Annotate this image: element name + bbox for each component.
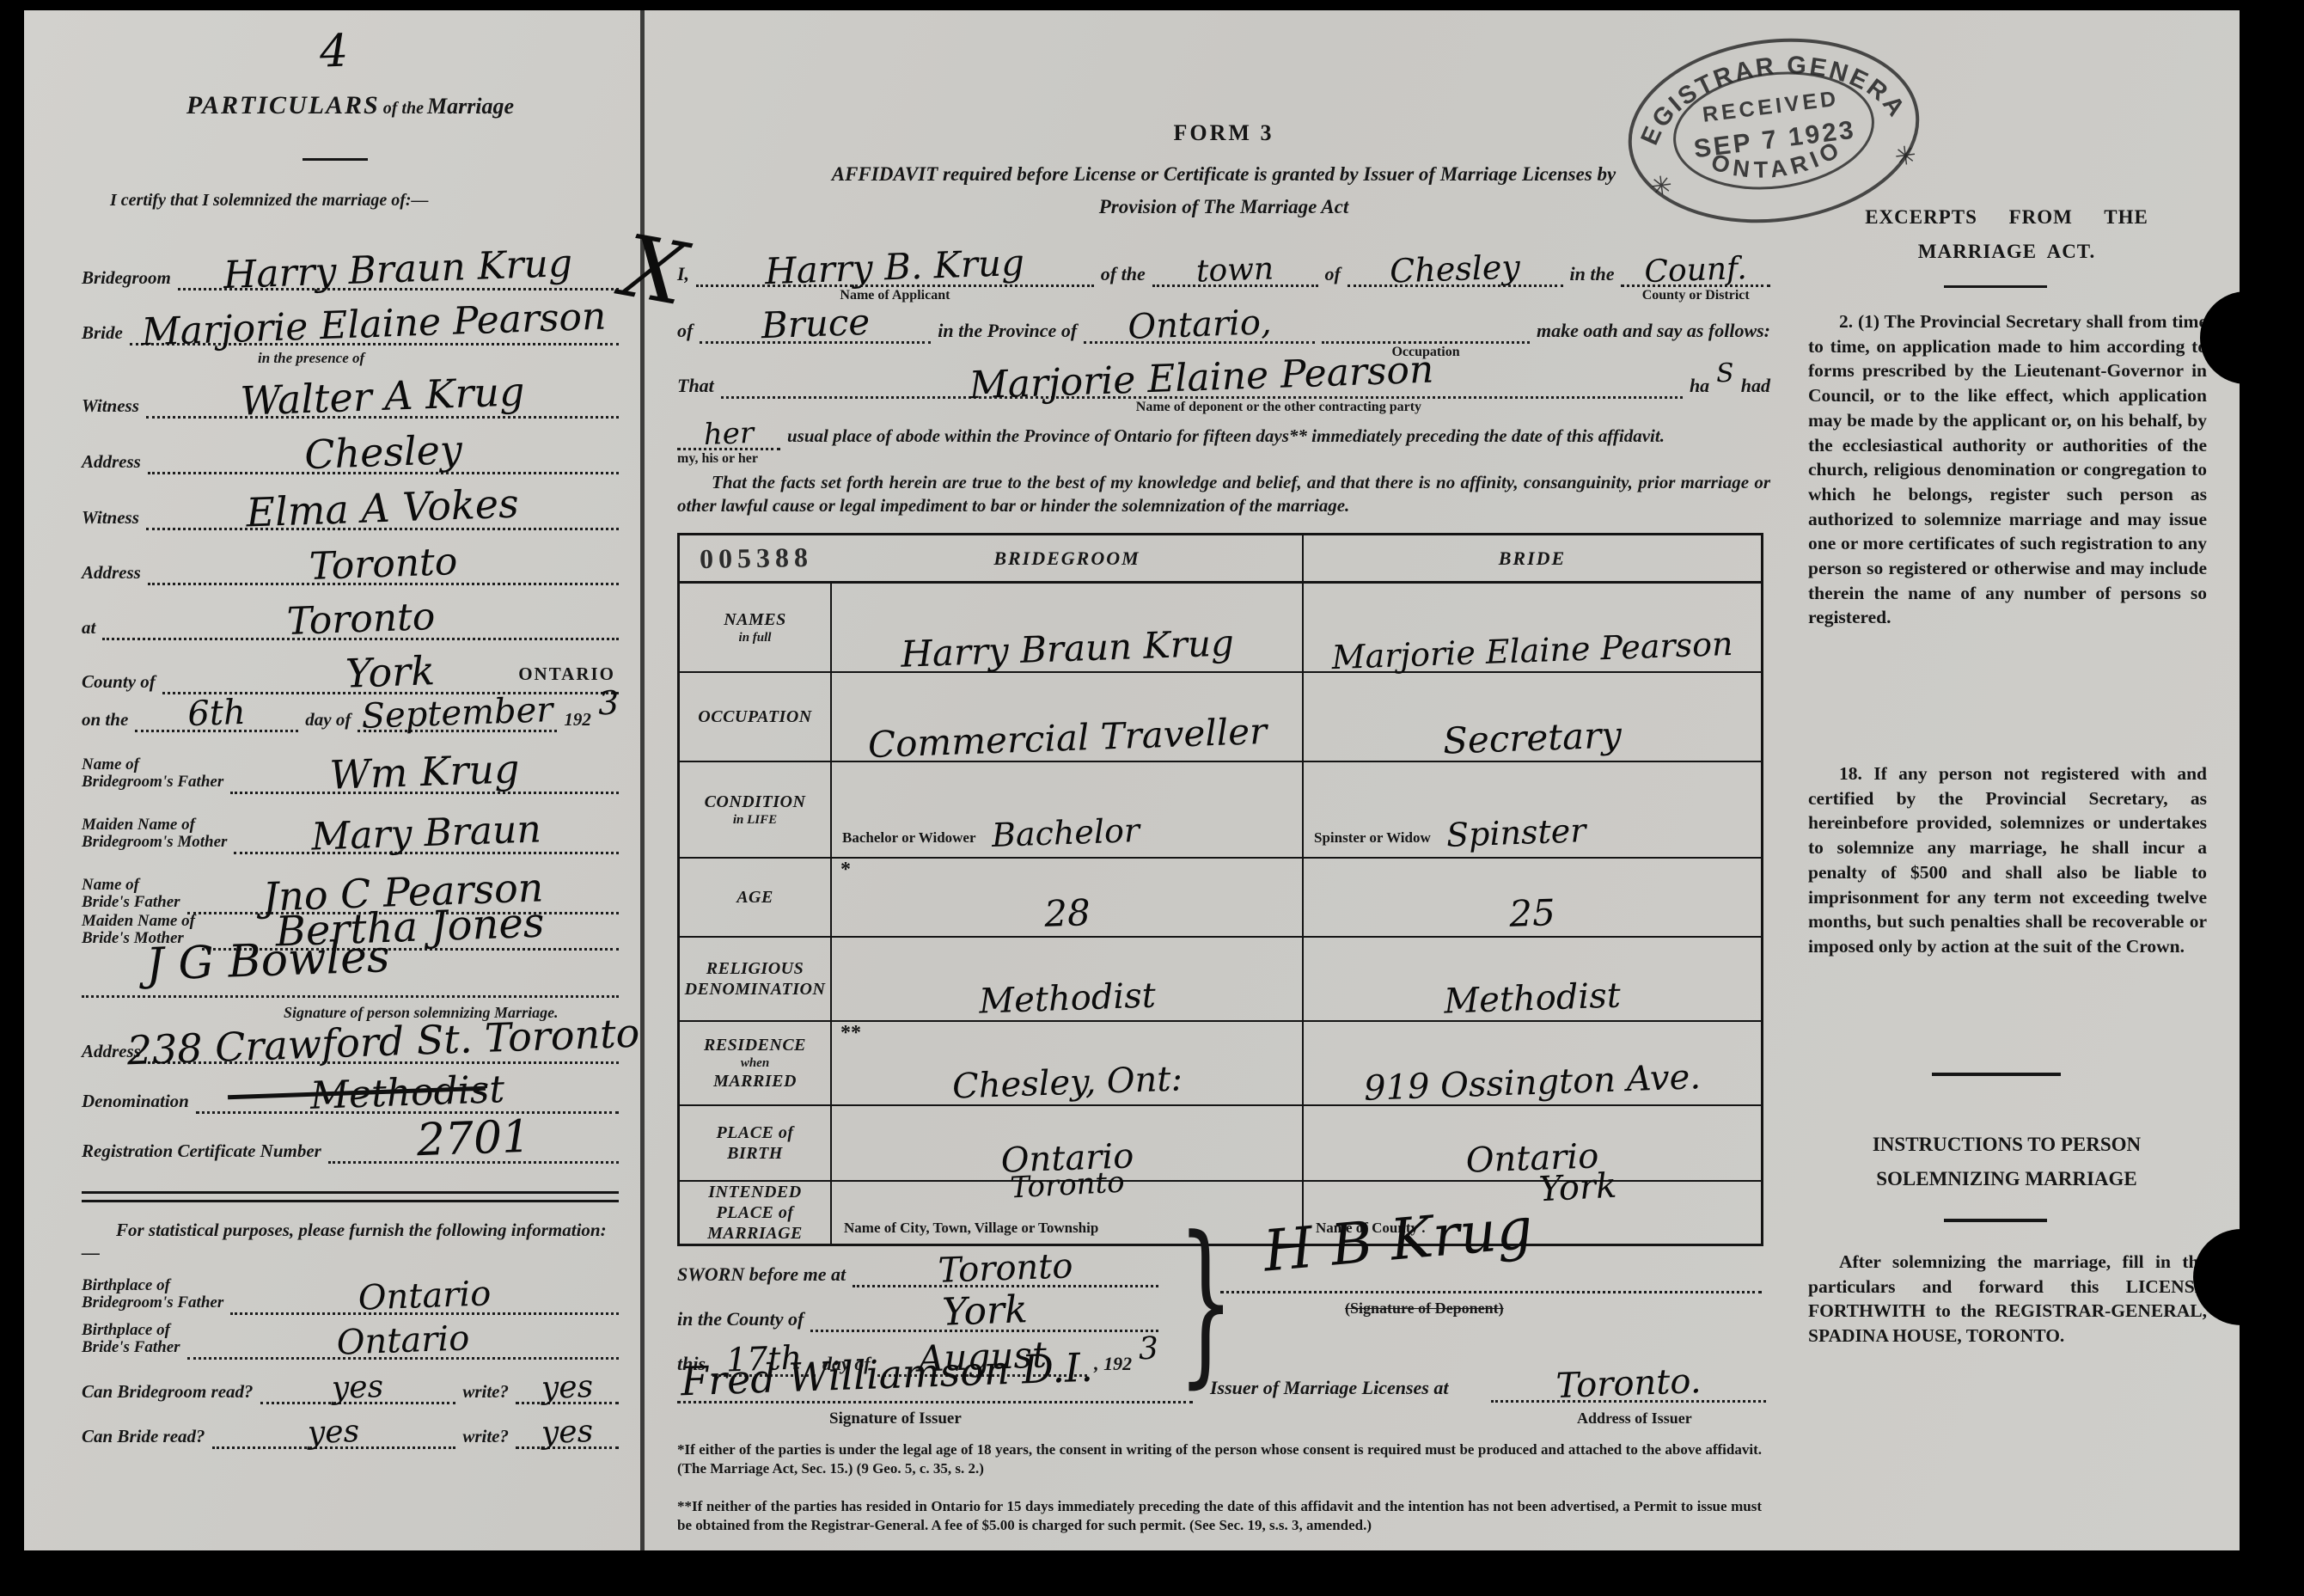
year-printed: 192 (564, 709, 591, 732)
occupation-bridegroom-cell: Commercial Traveller (832, 673, 1304, 762)
address3-blank: 238 Crawford St. Toronto (148, 1013, 619, 1064)
field-row-bride: Bride Marjorie Elaine Pearson (82, 301, 619, 345)
of-label: of (1325, 263, 1341, 287)
excerpts-heading-1: EXCERPTS FROM THE (1806, 206, 2207, 229)
serial-cell: 005388 (680, 535, 832, 584)
condition-bridegroom-cell: Bachelor or Widower Bachelor (832, 762, 1304, 859)
deponent-signature-caption: (Signature of Deponent) (1345, 1299, 1504, 1318)
left-panel-title: PARTICULARS of the Marriage (82, 91, 619, 120)
instructions-heading-1: INSTRUCTIONS TO PERSON (1806, 1128, 2207, 1162)
bp-br-label-1: Birthplace of (82, 1322, 180, 1339)
names-sublabel: in full (739, 631, 772, 645)
sworn-line2: in the County of York (677, 1293, 1158, 1332)
names-bridegroom-cell: Harry Braun Krug (832, 584, 1304, 673)
deponent-blank: Marjorie Elaine Pearson Name of deponent… (721, 343, 1683, 399)
bg-father-label: Name ofBridegroom's Father (82, 756, 223, 794)
municipality-blank: town (1152, 231, 1318, 287)
condition-label: CONDITION (705, 792, 806, 812)
year-written: 3 (597, 684, 620, 723)
religion-label-2: DENOMINATION (685, 980, 826, 1000)
day-value: 6th (187, 693, 247, 734)
religion-label-cell: RELIGIOUSDENOMINATION (680, 938, 832, 1022)
issuer-signature-line (677, 1401, 1193, 1403)
bp-bg-blank: Ontario (230, 1266, 619, 1315)
sworn-place: Toronto (938, 1246, 1073, 1290)
field-row-at: at Toronto (82, 596, 619, 640)
denomination-label: Denomination (82, 1091, 189, 1114)
excerpts-rule (1944, 285, 2047, 288)
address2-blank: Toronto (148, 538, 619, 585)
intended-label: INTENDED (708, 1183, 801, 1202)
residence-bridegroom-value: Chesley, Ont: (951, 1059, 1183, 1106)
occupation-bridegroom-value: Commercial Traveller (867, 710, 1268, 766)
field-row-bridegroom-mother: Maiden Name ofBridegroom's Mother Mary B… (82, 806, 619, 854)
applicant-name-blank: Harry B. Krug Name of Applicant (696, 231, 1094, 287)
county2-value: Bruce (761, 301, 871, 346)
issuer-address-value: Toronto. (1555, 1361, 1702, 1406)
religion-bride-cell: Methodist (1304, 938, 1761, 1022)
deponent-name: Marjorie Elaine Pearson (969, 348, 1434, 408)
bg-father-value: Wm Krug (329, 745, 521, 798)
of-the-label: of the (1101, 263, 1146, 287)
province-label: in the Province of (938, 320, 1077, 344)
ha-label: ha (1690, 375, 1709, 399)
issuer-at-label: Issuer of Marriage Licenses at (1210, 1377, 1448, 1401)
age-bridegroom-value: 28 (1043, 891, 1091, 935)
bridegroom-header: BRIDEGROOM (993, 547, 1140, 570)
stamp-star-left: ✳ (1649, 171, 1674, 202)
bg-mother-blank: Mary Braun (234, 804, 619, 854)
ha-s-written: S (1716, 358, 1735, 389)
bg-father-blank: Wm Krug (230, 743, 619, 794)
in-the-label: in the (1570, 263, 1615, 287)
bg-father-label-1: Name of (82, 756, 223, 774)
county-province-line: of Bruce in the Province of Ontario, Occ… (677, 294, 1770, 344)
residence-bridegroom-cell: **Chesley, Ont: (832, 1022, 1304, 1106)
her-value: her (703, 416, 755, 452)
birth-label-cell: PLACE ofBIRTH (680, 1106, 832, 1182)
bridegroom-blank: Harry Braun Krug (178, 243, 619, 290)
sworn-county: York (941, 1287, 1028, 1334)
month-value: September (361, 690, 553, 737)
applicant-line: I, Harry B. Krug Name of Applicant of th… (677, 234, 1770, 287)
witness1-blank: Walter A Krug (146, 371, 619, 419)
br-father-label-1: Name of (82, 877, 180, 894)
field-row-can-bridegroom-read: Can Bridegroom read? yes write? yes (82, 1358, 619, 1404)
read-br-value: yes (308, 1414, 361, 1451)
sworn-place-blank: Toronto (853, 1245, 1158, 1287)
age-bride-cell: 25 (1304, 859, 1761, 938)
write-br-value: yes (541, 1414, 594, 1451)
stamp-star-right: ✳ (1893, 141, 1918, 172)
birth-label: PLACE of (716, 1123, 793, 1143)
age-label: AGE (736, 888, 773, 908)
title-marriage: Marriage (427, 94, 514, 119)
month-blank: September (358, 685, 557, 732)
issuer-signature-caption: Signature of Issuer (829, 1409, 962, 1428)
bg-mother-value: Mary Braun (311, 807, 542, 859)
condition-bride-wrap: Spinster or Widow Spinster (1314, 814, 1757, 852)
write-br-blank: yes (516, 1400, 619, 1449)
field-row-bridegroom-father: Name ofBridegroom's Father Wm Krug (82, 746, 619, 794)
address1-value: Chesley (303, 426, 462, 478)
certify-line: I certify that I solemnized the marriage… (110, 191, 429, 211)
province-blank: Ontario, (1084, 291, 1315, 344)
in-presence-caption: in the presence of (258, 350, 364, 367)
address2-value: Toronto (309, 540, 458, 589)
field-row-witness2: Witness Elma A Vokes (82, 486, 619, 530)
marriage-act-sec-2-1: 2. (1) The Provincial Secretary shall fr… (1808, 309, 2207, 630)
witness1-value: Walter A Krug (240, 368, 526, 425)
occupation-bride-cell: Secretary (1304, 673, 1761, 762)
oath-label: make oath and say as follows: (1537, 320, 1770, 344)
scanned-marriage-affidavit: { "document": { "page_annotation": "4", … (0, 0, 2304, 1596)
instructions-heading-2: SOLEMNIZING MARRIAGE (1806, 1162, 2207, 1196)
at-value: Toronto (286, 595, 436, 644)
i-label: I, (677, 263, 689, 287)
affidavit-heading-line1: AFFIDAVIT required before License or Cer… (677, 163, 1770, 186)
ontario-imprint: ONTARIO (518, 663, 615, 685)
particulars-table: 005388 BRIDEGROOM BRIDE NAMESin full Har… (677, 533, 1763, 1246)
issuer-at-row: Toronto. (1491, 1360, 1766, 1403)
witness2-value: Elma A Vokes (246, 480, 520, 535)
title-underline (303, 158, 368, 161)
statistics-intro: For statistical purposes, please furnish… (82, 1219, 619, 1263)
bp-bg-label-2: Bridegroom's Father (82, 1294, 223, 1312)
read-br-blank: yes (212, 1400, 456, 1449)
bg-mother-label-2: Bridegroom's Mother (82, 834, 227, 851)
marriage-act-sec-18: 18. If any person not registered with an… (1808, 761, 2207, 959)
condition-bridegroom-wrap: Bachelor or Widower Bachelor (842, 814, 1299, 852)
regcert-blank: 2701 (328, 1111, 619, 1164)
regcert-label: Registration Certificate Number (82, 1140, 321, 1164)
occupation-label-cell: OCCUPATION (680, 673, 832, 762)
sworn-label: SWORN before me at (677, 1263, 846, 1287)
religion-label: RELIGIOUS (706, 959, 804, 979)
abode-text: usual place of abode within the Province… (787, 425, 1665, 450)
write-bg-label: write? (462, 1381, 509, 1404)
field-row-bp-bride-father: Birthplace ofBride's Father Ontario (82, 1313, 619, 1360)
bride-header: BRIDE (1499, 547, 1566, 570)
field-row-address2: Address Toronto (82, 541, 619, 585)
handwritten-page-number: 4 (319, 25, 349, 77)
of2-label: of (677, 320, 693, 344)
bridegroom-value: Harry Braun Krug (223, 242, 574, 297)
names-bridegroom-value: Harry Braun Krug (900, 621, 1234, 676)
affidavit-heading-line2: Provision of The Marriage Act (677, 196, 1770, 218)
bp-bg-label-1: Birthplace of (82, 1277, 223, 1294)
write-bg-blank: yes (516, 1355, 619, 1404)
bride-label: Bride (82, 322, 123, 345)
birth-label-2: BIRTH (727, 1144, 783, 1164)
witness2-label: Witness (82, 507, 139, 530)
residence-sublabel: when (741, 1056, 769, 1071)
intended-label-2: PLACE of (716, 1203, 793, 1223)
day-of-label: day of (305, 709, 351, 732)
place-value: Chesley (1390, 248, 1521, 290)
age-label-cell: AGE (680, 859, 832, 938)
issuer-address-blank: Toronto. (1491, 1357, 1766, 1403)
bp-br-label: Birthplace ofBride's Father (82, 1322, 180, 1360)
read-br-label: Can Bride read? (82, 1426, 205, 1449)
residence-bride-cell: 919 Ossington Ave. (1304, 1022, 1761, 1106)
br-mother-label-1: Maiden Name of (82, 913, 195, 930)
title-particulars: PARTICULARS (186, 91, 380, 119)
on-the-label: on the (82, 709, 128, 732)
intended-label-3: MARRIAGE (707, 1224, 803, 1244)
address1-blank: Chesley (148, 427, 619, 474)
field-row-marriage-date: on the 6th day of September 192 3 (82, 688, 619, 732)
county2-blank: Bruce (700, 291, 931, 344)
double-rule (82, 1191, 619, 1202)
field-row-bp-bridegroom-father: Birthplace ofBridegroom's Father Ontario (82, 1269, 619, 1315)
write-br-label: write? (462, 1426, 509, 1449)
title-of-the: of the (383, 99, 424, 118)
footnote-1: *If either of the parties is under the l… (677, 1440, 1762, 1478)
names-bride-cell: Marjorie Elaine Pearson (1304, 584, 1761, 673)
excerpts-heading-2: MARRIAGE ACT. (1806, 241, 2207, 263)
bride-blank: Marjorie Elaine Pearson (130, 298, 619, 345)
municipality-value: town (1195, 251, 1274, 289)
instructions-heading: INSTRUCTIONS TO PERSON SOLEMNIZING MARRI… (1806, 1128, 2207, 1196)
hole-punch-top (2200, 291, 2293, 384)
county-or-district-value: Counf. (1644, 251, 1747, 290)
condition-bride-cell: Spinster or Widow Spinster (1304, 762, 1761, 859)
sworn-year-written: 3 (1138, 1331, 1158, 1367)
age-bride-value: 25 (1508, 891, 1555, 935)
field-row-address1: Address Chesley (82, 430, 619, 474)
names-label: NAMES (724, 610, 786, 630)
footnote-2: **If neither of the parties has resided … (677, 1497, 1762, 1535)
serial-number: 005388 (699, 541, 813, 575)
solemnizer-signature: J G Bowles (145, 931, 390, 991)
names-label-cell: NAMESin full (680, 584, 832, 673)
witness1-label: Witness (82, 395, 139, 419)
condition-bridegroom-value: Bachelor (991, 811, 1140, 854)
intended-bridegroom-value: Toronto (1009, 1165, 1125, 1206)
address2-label: Address (82, 562, 141, 585)
instructions-rule (1944, 1219, 2047, 1222)
intended-bridegroom-caption: Name of City, Town, Village or Township (844, 1220, 1098, 1237)
religion-bride-value: Methodist (1443, 975, 1621, 1021)
that-label: That (677, 375, 714, 399)
witness2-blank: Elma A Vokes (146, 483, 619, 530)
names-bride-value: Marjorie Elaine Pearson (1331, 625, 1733, 676)
age-bridegroom-cell: *28 (832, 859, 1304, 938)
read-bg-blank: yes (260, 1355, 456, 1404)
religion-bridegroom-value: Methodist (978, 975, 1156, 1021)
field-row-can-bride-read: Can Bride read? yes write? yes (82, 1403, 619, 1449)
religion-bridegroom-cell: Methodist (832, 938, 1304, 1022)
bg-father-label-2: Bridegroom's Father (82, 774, 223, 791)
sworn-county-blank: York (810, 1290, 1158, 1332)
bp-bg-label: Birthplace ofBridegroom's Father (82, 1277, 223, 1315)
deponent-line: That Marjorie Elaine Pearson Name of dep… (677, 345, 1770, 399)
bg-mother-label: Maiden Name ofBridegroom's Mother (82, 816, 227, 854)
intended-bride-value: York (1538, 1166, 1618, 1210)
occupation-blank: Occupation (1322, 291, 1530, 344)
residence-bride-value: 919 Ossington Ave. (1363, 1057, 1701, 1109)
applicant-name: Harry B. Krug (765, 242, 1025, 293)
occupation-label: OCCUPATION (698, 707, 811, 727)
section-rule (1932, 1073, 2061, 1076)
her-blank: her my, his or her (677, 403, 780, 450)
abode-line: her my, his or her usual place of abode … (677, 406, 1770, 450)
instructions-paragraph: After solemnizing the marriage, fill in … (1808, 1250, 2207, 1348)
bridegroom-label: Bridegroom (82, 267, 171, 290)
issuer-address-caption: Address of Issuer (1577, 1409, 1692, 1428)
bachelor-or-widower-caption: Bachelor or Widower (842, 829, 976, 852)
occupation-bride-value: Secretary (1442, 713, 1622, 761)
bride-value: Marjorie Elaine Pearson (141, 295, 607, 355)
condition-label-cell: CONDITIONin LIFE (680, 762, 832, 859)
residence-label: RESIDENCE (704, 1036, 806, 1055)
bridegroom-header-cell: BRIDEGROOM (832, 535, 1304, 584)
residence-label-cell: RESIDENCEwhenMARRIED (680, 1022, 832, 1106)
residence-asterisks: ** (840, 1022, 861, 1045)
bride-header-cell: BRIDE (1304, 535, 1761, 584)
place-blank: Chesley (1348, 231, 1563, 287)
bp-br-label-2: Bride's Father (82, 1339, 180, 1356)
spinster-or-widow-caption: Spinster or Widow (1314, 829, 1431, 852)
bg-mother-label-1: Maiden Name of (82, 816, 227, 834)
birth-bride-cell: Ontario (1304, 1106, 1761, 1182)
sworn-line1: SWORN before me at Toronto (677, 1248, 1158, 1287)
field-row-bridegroom: Bridegroom Harry Braun Krug (82, 246, 619, 290)
at-label: at (82, 617, 95, 640)
condition-bride-value: Spinster (1445, 811, 1586, 854)
had-label: had (1741, 375, 1770, 399)
residence-label-3: MARRIED (713, 1072, 797, 1092)
facts-paragraph: That the facts set forth herein are true… (677, 471, 1770, 517)
at-blank: Toronto (102, 593, 619, 640)
field-row-registration-number: Registration Certificate Number 2701 (82, 1114, 619, 1164)
intended-label-cell: INTENDEDPLACE ofMARRIAGE (680, 1182, 832, 1244)
address1-label: Address (82, 451, 141, 474)
condition-sublabel: in LIFE (733, 813, 777, 828)
field-row-address3: Address 238 Crawford St. Toronto (82, 1016, 619, 1064)
field-row-witness1: Witness Walter A Krug (82, 374, 619, 419)
province-value: Ontario, (1127, 303, 1272, 347)
field-row-denomination: Denomination Methodist (82, 1066, 619, 1114)
age-asterisk: * (840, 859, 851, 882)
day-blank: 6th (135, 685, 298, 732)
solemnizer-signature-line (82, 995, 619, 998)
sworn-county-label: in the County of (677, 1308, 804, 1332)
brace: } (1178, 1234, 1234, 1370)
sworn-year-printed: , 192 (1094, 1353, 1132, 1377)
form-number: FORM 3 (677, 120, 1770, 146)
regcert-value: 2701 (416, 1111, 531, 1167)
bp-br-blank: Ontario (187, 1311, 619, 1360)
her-caption: my, his or her (677, 451, 758, 467)
deponent-signature-line (1220, 1291, 1762, 1293)
hole-punch-bottom (2193, 1229, 2289, 1325)
